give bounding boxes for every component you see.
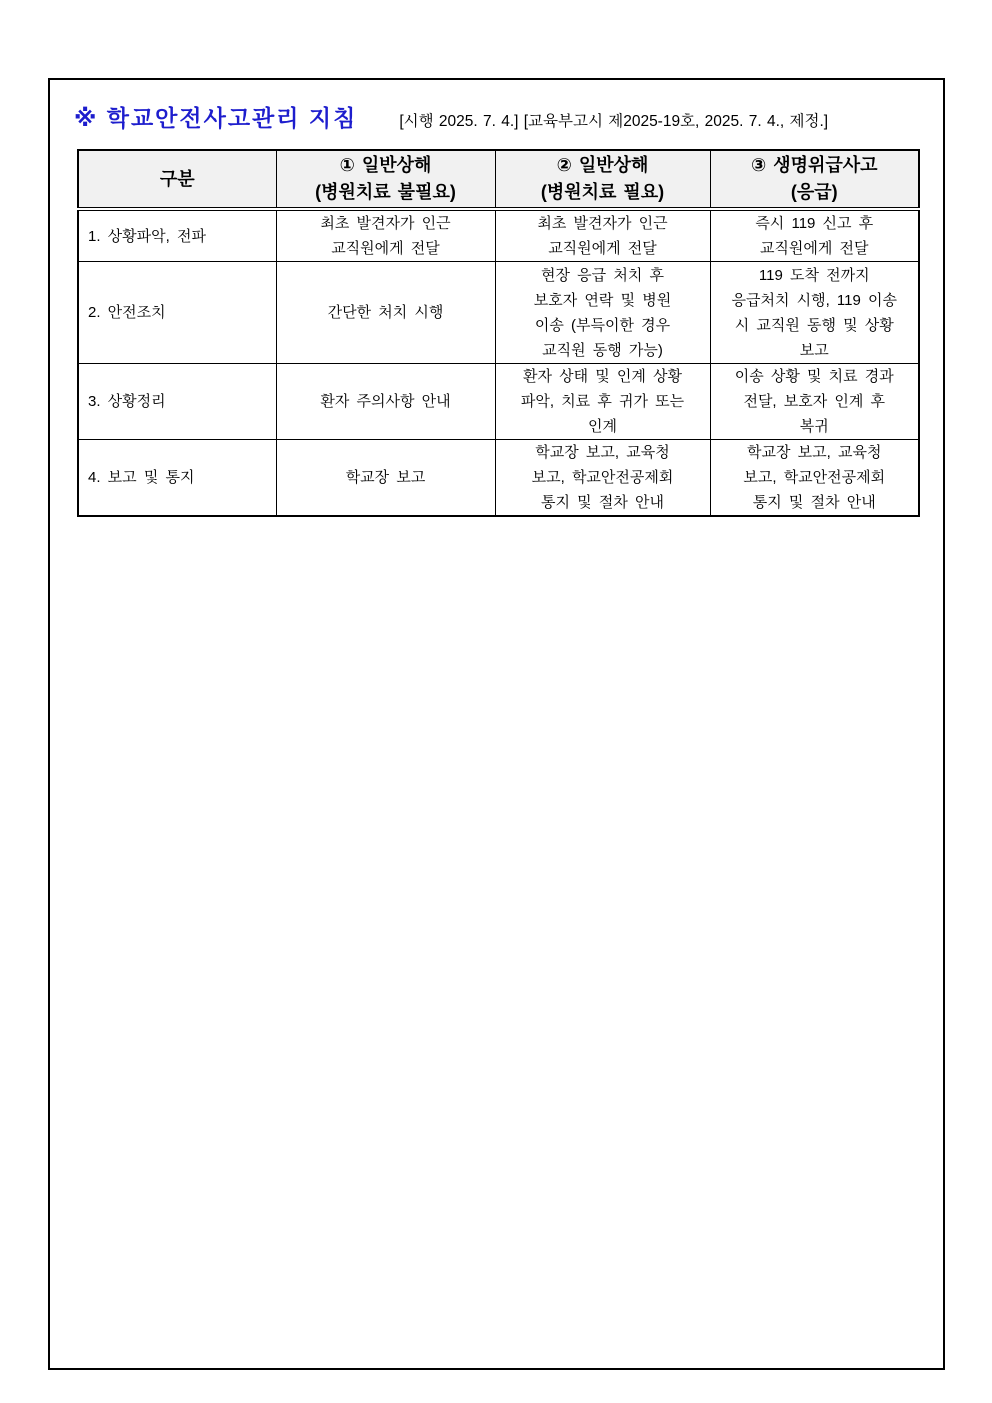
- table-cell: 학교장 보고, 교육청 보고, 학교안전공제회 통지 및 절차 안내: [495, 440, 710, 517]
- table-row-report-notify: 4. 보고 및 통지 학교장 보고 학교장 보고, 교육청 보고, 학교안전공제…: [78, 440, 919, 517]
- page-border: ※ 학교안전사고관리 지침 [시행 2025. 7. 4.] [교육부고시 제2…: [48, 78, 945, 1370]
- table-row-situation-cleanup: 3. 상황정리 환자 주의사항 안내 환자 상태 및 인계 상황 파악, 치료 …: [78, 364, 919, 440]
- table-row-safety-measures: 2. 안전조치 간단한 처치 시행 현장 응급 처치 후 보호자 연락 및 병원…: [78, 262, 919, 364]
- row-label: 3. 상황정리: [78, 364, 276, 440]
- table-cell: 학교장 보고: [276, 440, 495, 517]
- table-cell: 이송 상황 및 치료 경과 전달, 보호자 인계 후 복귀: [710, 364, 919, 440]
- table-cell: 최초 발견자가 인근 교직원에게 전달: [276, 209, 495, 262]
- table-row-situation-awareness: 1. 상황파악, 전파 최초 발견자가 인근 교직원에게 전달 최초 발견자가 …: [78, 209, 919, 262]
- table-header-row: 구분 ① 일반상해 (병원치료 불필요) ② 일반상해 (병원치료 필요) ③ …: [78, 150, 919, 209]
- table-cell: 환자 주의사항 안내: [276, 364, 495, 440]
- column-header-general-injury-no-hospital: ① 일반상해 (병원치료 불필요): [276, 150, 495, 209]
- column-header-life-threatening: ③ 생명위급사고 (응급): [710, 150, 919, 209]
- row-label: 1. 상황파악, 전파: [78, 209, 276, 262]
- table-cell: 학교장 보고, 교육청 보고, 학교안전공제회 통지 및 절차 안내: [710, 440, 919, 517]
- column-header-general-injury-hospital: ② 일반상해 (병원치료 필요): [495, 150, 710, 209]
- table-cell: 최초 발견자가 인근 교직원에게 전달: [495, 209, 710, 262]
- table-cell: 간단한 처치 시행: [276, 262, 495, 364]
- table-cell: 119 도착 전까지 응급처치 시행, 119 이송 시 교직원 동행 및 상황…: [710, 262, 919, 364]
- enforcement-note: [시행 2025. 7. 4.] [교육부고시 제2025-19호, 2025.…: [399, 109, 828, 131]
- document-title: ※ 학교안전사고관리 지침: [74, 100, 357, 133]
- document-canvas: { "colors": { "title-blue": "#1d1dcd", "…: [0, 0, 992, 1403]
- table-cell: 즉시 119 신고 후 교직원에게 전달: [710, 209, 919, 262]
- table-cell: 환자 상태 및 인계 상황 파악, 치료 후 귀가 또는 인계: [495, 364, 710, 440]
- row-label: 4. 보고 및 통지: [78, 440, 276, 517]
- accident-management-table: 구분 ① 일반상해 (병원치료 불필요) ② 일반상해 (병원치료 필요) ③ …: [77, 149, 920, 517]
- column-header-category: 구분: [78, 150, 276, 209]
- document-header: ※ 학교안전사고관리 지침 [시행 2025. 7. 4.] [교육부고시 제2…: [74, 100, 943, 133]
- row-label: 2. 안전조치: [78, 262, 276, 364]
- table-cell: 현장 응급 처치 후 보호자 연락 및 병원 이송 (부득이한 경우 교직원 동…: [495, 262, 710, 364]
